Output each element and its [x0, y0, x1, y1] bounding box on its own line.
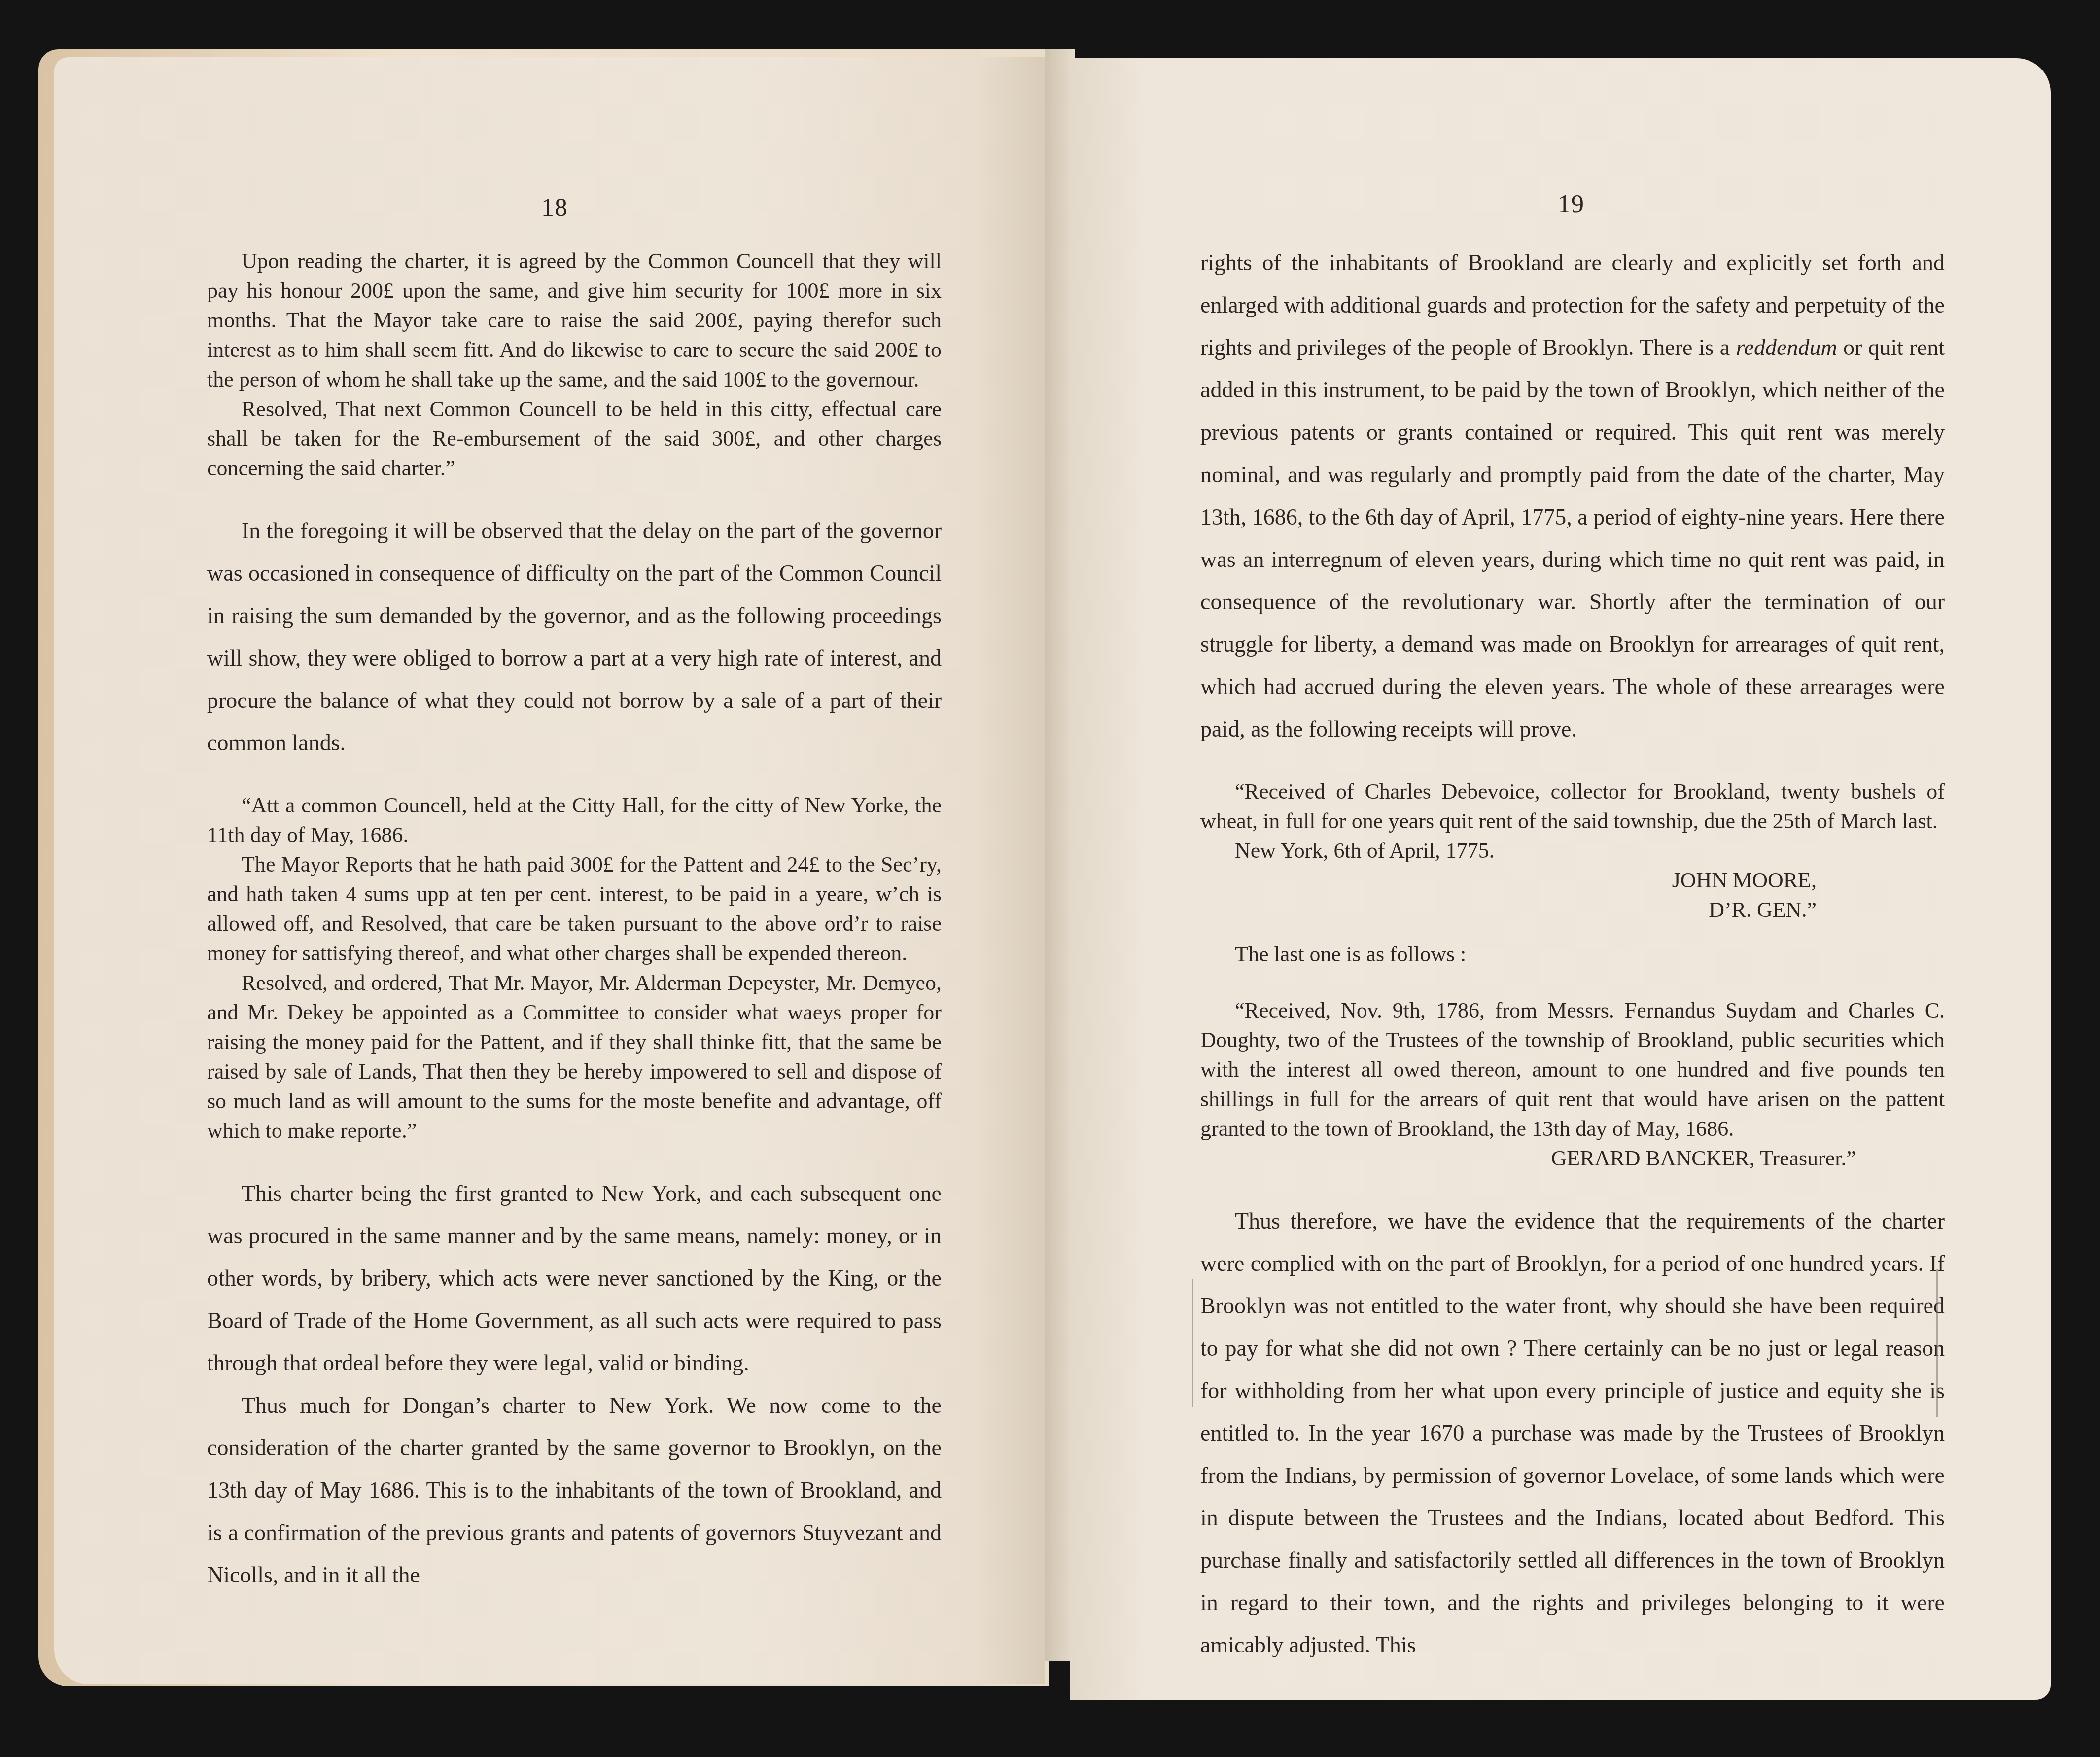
signature-john-moore: JOHN MOORE,	[1200, 866, 1945, 895]
right-page-text: rights of the inhabitants of Brookland a…	[1200, 242, 1945, 1666]
receipt-suydam-doughty: “Received, Nov. 9th, 1786, from Messrs. …	[1200, 996, 1945, 1144]
term-reddendum: reddendum	[1736, 335, 1837, 360]
paragraph-conclusion: Thus therefore, we have the evidence tha…	[1200, 1200, 1945, 1666]
receipt-place-date: New York, 6th of April, 1775.	[1200, 836, 1945, 866]
paragraph-council-agreement: Upon reading the charter, it is agreed b…	[207, 246, 942, 394]
paragraph-council-meeting: “Att a common Councell, held at the Citt…	[207, 791, 942, 850]
paragraph-resolved-reimbursement: Resolved, That next Common Councell to b…	[207, 394, 942, 483]
paragraph-mayor-reports: The Mayor Reports that he hath paid 300£…	[207, 850, 942, 968]
paragraph-charter-bribery: This charter being the first granted to …	[207, 1172, 942, 1384]
left-page-number: 18	[541, 193, 568, 222]
pencil-margin-mark-right	[1936, 1269, 1938, 1417]
paragraph-rights-of-inhabitants: rights of the inhabitants of Brookland a…	[1200, 242, 1945, 750]
paragraph-foregoing-observation: In the foregoing it will be observed tha…	[207, 510, 942, 764]
receipt-debevoice: “Received of Charles Debevoice, collecto…	[1200, 777, 1945, 836]
paragraph-dongan-charter: Thus much for Dongan’s charter to New Yo…	[207, 1384, 942, 1596]
signature-title: D’R. GEN.”	[1200, 895, 1945, 925]
right-page-number: 19	[1558, 190, 1584, 219]
open-book: 18 19 Upon reading the charter, it is ag…	[0, 0, 2100, 1757]
pencil-margin-mark-left	[1192, 1279, 1193, 1407]
signature-gerard-bancker: GERARD BANCKER, Treasurer.”	[1200, 1144, 1945, 1173]
paragraph-committee-appointed: Resolved, and ordered, That Mr. Mayor, M…	[207, 968, 942, 1146]
intro-last-receipt: The last one is as follows :	[1200, 940, 1945, 969]
left-page-text: Upon reading the charter, it is agreed b…	[207, 246, 942, 1596]
